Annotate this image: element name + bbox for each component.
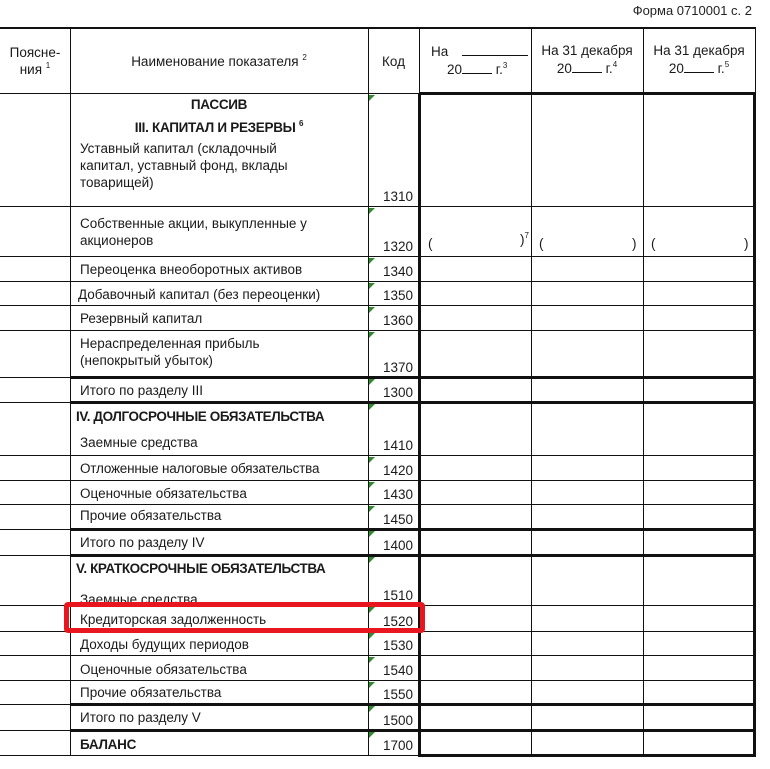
column-divider [419, 28, 420, 94]
value-cell-1410-col2[interactable] [531, 403, 643, 456]
value-cell-1410-col3[interactable] [643, 403, 755, 456]
cell-marker-icon [369, 633, 375, 639]
value-cell-1300-col2[interactable] [531, 378, 643, 403]
row-name: Уставный капитал (складочный капитал, ус… [70, 136, 368, 191]
cell-marker-icon [369, 307, 375, 313]
row-divider [70, 528, 756, 531]
table-row-1530: Доходы будущих периодов [70, 632, 368, 656]
footnote-3: 3 [503, 61, 507, 70]
value-cell-1700-col2[interactable] [531, 731, 643, 756]
value-cell-1310-col1[interactable] [419, 94, 531, 207]
year-blank [572, 59, 602, 73]
balance-sheet-table: Поясне- ния 1 Наименование показателя 2 … [0, 0, 770, 769]
header-name-text: Наименование показателя [131, 54, 298, 69]
header-col2-year-suffix: г. [606, 61, 613, 76]
value-cell-1700-col3[interactable] [643, 731, 755, 756]
table-row-1310: ПАССИВ III. КАПИТАЛ И РЕЗЕРВЫ 6 Уставный… [70, 94, 368, 207]
table-border [755, 28, 756, 94]
table-row-1370: Нераспределенная прибыль (непокрытый убы… [70, 331, 368, 378]
table-border [419, 754, 756, 757]
row-code: 1540 [383, 662, 413, 679]
row-name: Нераспределенная прибыль (непокрытый убы… [80, 336, 260, 368]
year-blank [684, 59, 714, 73]
value-cell-1530-col2[interactable] [531, 632, 643, 656]
row-code: 1530 [383, 637, 413, 654]
highlight-row-1520 [64, 602, 425, 633]
cell-marker-icon [369, 482, 375, 488]
header-col3-year-prefix: 20 [669, 61, 684, 76]
table-row-1420: Отложенные налоговые обязательства [70, 456, 368, 481]
header-col1-year-prefix: 20 [447, 62, 462, 77]
value-cell-1430-col1[interactable] [419, 481, 531, 505]
value-cell-1360-col3[interactable] [643, 306, 755, 331]
section-4-title: IV. ДОЛГОСРОЧНЫЕ ОБЯЗАТЕЛЬСТВА [70, 403, 368, 425]
row-name: Итого по разделу III [80, 383, 203, 398]
value-cell-1360-col2[interactable] [531, 306, 643, 331]
row-code: 1320 [383, 238, 413, 255]
code-cell: 1550 [368, 681, 419, 705]
row-code: 1420 [383, 462, 413, 479]
footnote-4: 4 [613, 60, 617, 69]
row-code: 1450 [383, 511, 413, 528]
code-cell: 1360 [368, 306, 419, 331]
row-name: Добавочный капитал (без переоценки) [78, 287, 320, 302]
cell-marker-icon [369, 706, 375, 712]
section-3-title: III. КАПИТАЛ И РЕЗЕРВЫ 6 [70, 113, 368, 136]
value-cell-1340-col3[interactable] [643, 257, 755, 282]
row-name: БАЛАНС [80, 737, 136, 752]
code-cell: 1530 [368, 632, 419, 656]
value-cell-1540-col3[interactable] [643, 656, 755, 681]
row-name: Переоценка внеоборотных активов [80, 262, 302, 277]
value-cell-1550-col2[interactable] [531, 681, 643, 705]
value-cell-1540-col2[interactable] [531, 656, 643, 681]
row-code: 1350 [383, 287, 413, 304]
header-col1-line1: На [431, 44, 448, 59]
row-code: 1400 [383, 537, 413, 554]
value-cell-1500-col2[interactable] [531, 705, 643, 731]
header-explanations-line2: ния [20, 62, 42, 77]
header-col3-line1: На 31 декабря [653, 43, 744, 58]
header-col2-line1: На 31 декабря [541, 43, 632, 58]
header-name: Наименование показателя 2 [70, 28, 368, 94]
year-blank [462, 60, 492, 74]
cell-marker-icon [369, 557, 375, 563]
value-cell-1340-col1[interactable] [419, 257, 531, 282]
value-cell-1300-col1[interactable] [419, 378, 531, 403]
passive-title: ПАССИВ [70, 94, 368, 113]
row-divider [70, 376, 756, 379]
section-5-title: V. КРАТКОСРОЧНЫЕ ОБЯЗАТЕЛЬСТВА [70, 556, 368, 577]
value-cell-1530-col1[interactable] [419, 632, 531, 656]
value-cell-1350-col3[interactable] [643, 282, 755, 306]
column-divider [418, 93, 421, 757]
row-code: 1370 [383, 359, 413, 376]
row-name: Заемные средства [70, 425, 368, 451]
value-cell-1400-col1[interactable] [419, 530, 531, 556]
value-cell-1520-col3[interactable] [643, 606, 755, 632]
row-divider [70, 703, 756, 706]
value-cell-1700-col1[interactable] [419, 731, 531, 756]
header-col1-year-suffix: г. [496, 62, 503, 77]
table-row-1410: IV. ДОЛГОСРОЧНЫЕ ОБЯЗАТЕЛЬСТВА Заемные с… [70, 403, 368, 456]
column-divider [531, 28, 532, 756]
row-divider [0, 402, 70, 403]
value-cell-1370-col1[interactable] [419, 331, 531, 378]
row-name: Прочие обязательства [80, 685, 221, 700]
value-cell-1340-col2[interactable] [531, 257, 643, 282]
row-name: Оценочные обязательства [80, 662, 247, 677]
table-row-1700: БАЛАНС [70, 731, 368, 756]
date-blank [462, 42, 528, 56]
header-col2: На 31 декабря 20 г.4 [531, 28, 643, 94]
cell-marker-icon [369, 95, 375, 101]
code-cell: 1430 [368, 481, 419, 505]
value-cell-1320-col2[interactable] [531, 207, 643, 257]
value-cell-1540-col1[interactable] [419, 656, 531, 681]
row-divider [0, 377, 70, 378]
value-cell-1310-col3[interactable] [643, 94, 755, 207]
header-explanations: Поясне- ния 1 [0, 28, 70, 94]
table-row-1450: Прочие обязательства [70, 505, 368, 530]
code-cell: 1350 [368, 282, 419, 306]
cell-marker-icon [369, 506, 375, 512]
header-code-text: Код [382, 53, 405, 70]
code-cell: 1320 [368, 207, 419, 257]
code-cell: 1420 [368, 456, 419, 481]
value-cell-1350-col2[interactable] [531, 282, 643, 306]
row-name: Резервный капитал [80, 311, 202, 326]
value-cell-1420-col2[interactable] [531, 456, 643, 481]
footnote-2: 2 [302, 53, 306, 62]
table-row-1360: Резервный капитал [70, 306, 368, 331]
row-divider [70, 554, 756, 557]
code-cell: 1340 [368, 257, 419, 282]
row-name: Итого по разделу V [80, 710, 201, 725]
row-divider [0, 555, 70, 556]
value-cell-1420-col3[interactable] [643, 456, 755, 481]
value-cell-1520-col1[interactable] [419, 606, 531, 632]
section-3-title-text: III. КАПИТАЛ И РЕЗЕРВЫ [135, 120, 296, 135]
code-cell: 1370 [368, 331, 419, 378]
value-cell-1370-col3[interactable] [643, 331, 755, 378]
header-col3: На 31 декабря 20 г.5 [643, 28, 755, 94]
footnote-6: 6 [299, 119, 303, 128]
code-cell: 1400 [368, 530, 419, 556]
table-row-1500: Итого по разделу V [70, 705, 368, 731]
cell-marker-icon [369, 682, 375, 688]
value-cell-1510-col1[interactable] [419, 556, 531, 606]
cell-marker-icon [369, 379, 375, 385]
code-cell: 1500 [368, 705, 419, 731]
value-cell-1520-col2[interactable] [531, 606, 643, 632]
value-cell-1510-col2[interactable] [531, 556, 643, 606]
value-cell-1430-col2[interactable] [531, 481, 643, 505]
table-row-1350: Добавочный капитал (без переоценки) [70, 282, 368, 306]
cell-marker-icon [369, 457, 375, 463]
table-border [753, 93, 756, 757]
cell-marker-icon [369, 404, 375, 410]
code-cell: 1410 [368, 403, 419, 456]
value-cell-1430-col3[interactable] [643, 481, 755, 505]
cell-marker-icon [369, 732, 375, 738]
table-row-1510: V. КРАТКОСРОЧНЫЕ ОБЯЗАТЕЛЬСТВА Заемные с… [70, 556, 368, 606]
row-code: 1310 [383, 188, 413, 205]
value-cell-1320-col3[interactable] [643, 207, 755, 257]
table-row-1550: Прочие обязательства [70, 681, 368, 705]
header-col3-year-suffix: г. [718, 61, 725, 76]
row-divider [0, 529, 70, 530]
row-code: 1360 [383, 312, 413, 329]
row-code: 1430 [383, 486, 413, 503]
row-code: 1340 [383, 263, 413, 280]
cell-marker-icon [369, 258, 375, 264]
cell-marker-icon [369, 332, 375, 338]
header-code: Код [368, 28, 419, 94]
row-divider [0, 93, 419, 94]
value-cell-1400-col2[interactable] [531, 530, 643, 556]
header-col2-year-prefix: 20 [557, 61, 572, 76]
value-cell-1400-col3[interactable] [643, 530, 755, 556]
row-code: 1300 [383, 384, 413, 401]
value-cell-1550-col3[interactable] [643, 681, 755, 705]
row-name: Собственные акции, выкупленные у акционе… [80, 216, 307, 248]
table-row-1300: Итого по разделу III [70, 378, 368, 403]
row-code: 1700 [383, 737, 413, 754]
value-cell-1530-col3[interactable] [643, 632, 755, 656]
code-cell: 1540 [368, 656, 419, 681]
value-cell-1310-col2[interactable] [531, 94, 643, 207]
row-name: Отложенные налоговые обязательства [80, 461, 319, 476]
cell-marker-icon [369, 531, 375, 537]
value-cell-1320-col1[interactable] [419, 207, 531, 257]
row-name: Прочие обязательства [80, 508, 221, 523]
table-row-1430: Оценочные обязательства [70, 481, 368, 505]
column-divider [368, 28, 369, 756]
row-divider [70, 401, 756, 404]
table-row-1400: Итого по разделу IV [70, 530, 368, 556]
table-row-1540: Оценочные обязательства [70, 656, 368, 681]
value-cell-1510-col3[interactable] [643, 556, 755, 606]
table-row-1340: Переоценка внеоборотных активов [70, 257, 368, 282]
value-cell-1350-col1[interactable] [419, 282, 531, 306]
value-cell-1450-col1[interactable] [419, 505, 531, 530]
value-cell-1420-col1[interactable] [419, 456, 531, 481]
table-row-1320: Собственные акции, выкупленные у акционе… [70, 207, 368, 257]
value-cell-1360-col1[interactable] [419, 306, 531, 331]
cell-marker-icon [369, 283, 375, 289]
header-col1: На 20 г.3 [419, 28, 531, 94]
value-cell-1500-col1[interactable] [419, 705, 531, 731]
row-divider [419, 92, 756, 95]
column-divider [70, 28, 71, 756]
row-divider [70, 729, 756, 732]
code-cell: 1310 [368, 94, 419, 207]
header-explanations-line1: Поясне- [10, 45, 61, 60]
code-cell: 1510 [368, 556, 419, 606]
code-cell: 1450 [368, 505, 419, 530]
value-cell-1550-col1[interactable] [419, 681, 531, 705]
value-cell-1370-col2[interactable] [531, 331, 643, 378]
table-border [0, 755, 419, 756]
value-cell-1410-col1[interactable] [419, 403, 531, 456]
row-name: Оценочные обязательства [80, 486, 247, 501]
row-code: 1500 [383, 712, 413, 729]
value-cell-1300-col3[interactable] [643, 378, 755, 403]
row-divider [0, 704, 70, 705]
cell-marker-icon [369, 657, 375, 663]
row-code: 1550 [383, 686, 413, 703]
footnote-1: 1 [46, 61, 50, 70]
value-cell-1450-col3[interactable] [643, 505, 755, 530]
value-cell-1500-col3[interactable] [643, 705, 755, 731]
row-name: Доходы будущих периодов [80, 637, 249, 652]
value-cell-1450-col2[interactable] [531, 505, 643, 530]
row-code: 1410 [383, 437, 413, 454]
code-cell: 1300 [368, 378, 419, 403]
cell-marker-icon [369, 208, 375, 214]
code-cell: 1700 [368, 731, 419, 756]
row-name: Итого по разделу IV [80, 535, 205, 550]
footnote-5: 5 [725, 60, 729, 69]
column-divider [643, 28, 644, 756]
row-divider [0, 730, 70, 731]
